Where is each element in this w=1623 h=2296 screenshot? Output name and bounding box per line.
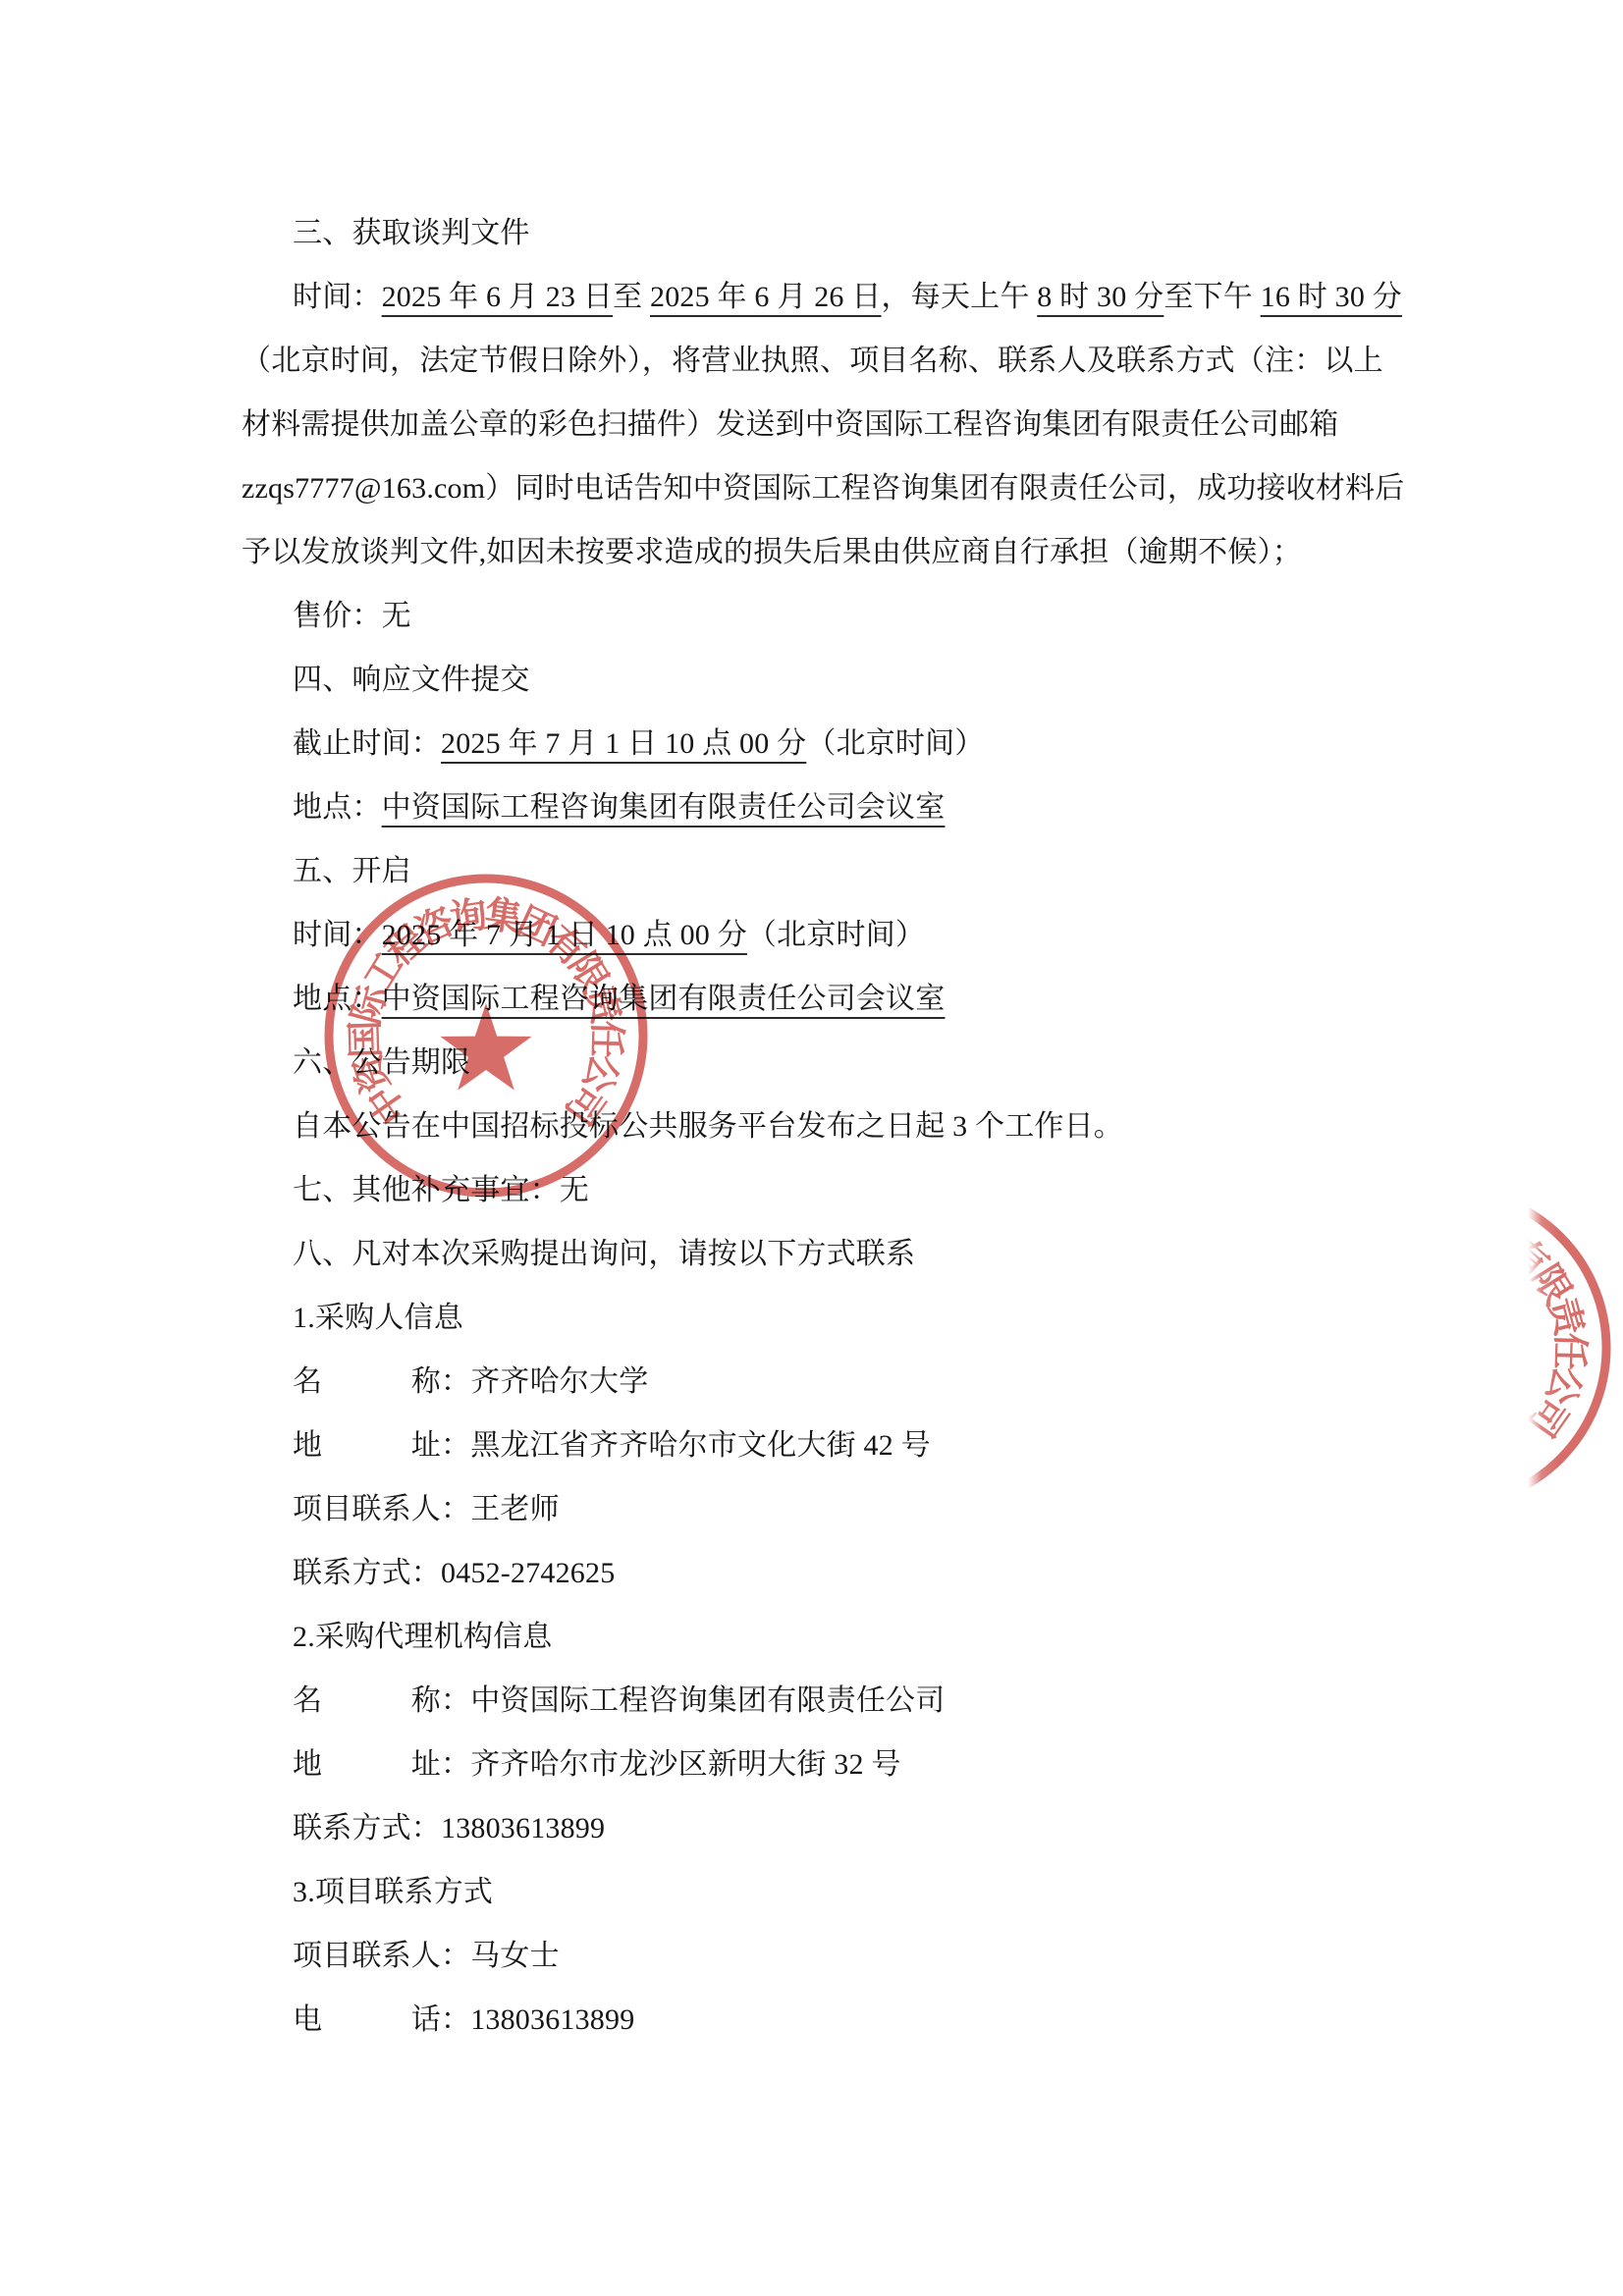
text-segment: 地点： bbox=[293, 791, 382, 824]
text-line: 地 址：齐齐哈尔市龙沙区新明大街 32 号 bbox=[242, 1733, 1405, 1796]
text-line: 八、凡对本次采购提出询问，请按以下方式联系 bbox=[242, 1222, 1405, 1286]
text-segment: ，每天上午 bbox=[882, 281, 1038, 313]
text-line: 名 称：中资国际工程咨询集团有限责任公司 bbox=[242, 1669, 1405, 1733]
text-segment: 三、获取谈判文件 bbox=[293, 217, 530, 249]
text-line: 联系方式：0452-2742625 bbox=[242, 1541, 1405, 1605]
text-segment: （北京时间） bbox=[806, 727, 984, 760]
text-segment: 名 称：齐齐哈尔大学 bbox=[293, 1365, 648, 1398]
text-segment: 联系方式：0452-2742625 bbox=[293, 1557, 615, 1589]
text-segment: 1.采购人信息 bbox=[293, 1302, 463, 1334]
text-segment: 六、公告期限 bbox=[293, 1046, 470, 1079]
text-line: 售价：无 bbox=[242, 584, 1405, 648]
text-line: 四、响应文件提交 bbox=[242, 648, 1405, 712]
text-line: 时间：2025 年 7 月 1 日 10 点 00 分（北京时间） bbox=[242, 903, 1405, 967]
text-line: 项目联系人：马女士 bbox=[242, 1924, 1405, 1988]
text-line: 地点：中资国际工程咨询集团有限责任公司会议室 bbox=[242, 775, 1405, 839]
text-segment: 至 bbox=[613, 281, 650, 313]
seal-character: 集 bbox=[1445, 1206, 1488, 1253]
text-line: 七、其他补充事宜：无 bbox=[242, 1158, 1405, 1222]
text-line: 电 话：13803613899 bbox=[242, 1988, 1405, 2052]
text-segment: 截止时间： bbox=[293, 727, 441, 760]
seal-star-icon bbox=[1403, 1315, 1494, 1403]
text-line: 名 称：齐齐哈尔大学 bbox=[242, 1350, 1405, 1414]
seal-character: 司 bbox=[1520, 1389, 1575, 1443]
text-line: 3.项目联系方式 bbox=[242, 1860, 1405, 1924]
underlined-text-segment: 8 时 30 分 bbox=[1037, 281, 1163, 313]
text-segment: 时间： bbox=[293, 919, 382, 951]
text-segment: 八、凡对本次采购提出询问，请按以下方式联系 bbox=[293, 1238, 915, 1270]
seal-character: 公 bbox=[1538, 1362, 1589, 1410]
text-line: 截止时间：2025 年 7 月 1 日 10 点 00 分（北京时间） bbox=[242, 712, 1405, 775]
underlined-text-segment: 2025 年 6 月 26 日 bbox=[650, 281, 882, 313]
text-segment: 地 址：齐齐哈尔市龙沙区新明大街 32 号 bbox=[293, 1748, 901, 1781]
text-line: zzqs7777@163.com）同时电话告知中资国际工程咨询集团有限责任公司，… bbox=[242, 456, 1405, 520]
text-segment: （北京时间，法定节假日除外），将营业执照、项目名称、联系人及联系方式（注：以上 bbox=[242, 345, 1383, 377]
text-segment: 项目联系人：王老师 bbox=[293, 1493, 560, 1525]
text-line: 三、获取谈判文件 bbox=[242, 201, 1405, 265]
text-segment: zzqs7777@163.com）同时电话告知中资国际工程咨询集团有限责任公司，… bbox=[242, 472, 1404, 505]
text-segment: 名 称：中资国际工程咨询集团有限责任公司 bbox=[293, 1684, 945, 1717]
text-line: 五、开启 bbox=[242, 839, 1405, 903]
underlined-text-segment: 2025 年 7 月 1 日 10 点 00 分 bbox=[382, 919, 747, 951]
text-segment: 地点： bbox=[293, 983, 382, 1015]
underlined-text-segment: 中资国际工程咨询集团有限责任公司会议室 bbox=[382, 983, 946, 1015]
text-segment: 至下午 bbox=[1163, 281, 1260, 313]
underlined-text-segment: 16 时 30 分 bbox=[1261, 281, 1402, 313]
text-line: 自本公告在中国招标投标公共服务平台发布之日起 3 个工作日。 bbox=[242, 1095, 1405, 1158]
text-segment: 予以发放谈判文件,如因未按要求造成的损失后果由供应商自行承担（逾期不候）； bbox=[242, 536, 1302, 568]
underlined-text-segment: 中资国际工程咨询集团有限责任公司会议室 bbox=[382, 791, 946, 824]
underlined-text-segment: 2025 年 6 月 23 日 bbox=[382, 281, 614, 313]
text-segment: 五、开启 bbox=[293, 855, 411, 887]
text-line: 地点：中资国际工程咨询集团有限责任公司会议室 bbox=[242, 967, 1405, 1031]
text-line: 材料需提供加盖公章的彩色扫描件）发送到中资国际工程咨询集团有限责任公司邮箱 bbox=[242, 393, 1405, 456]
underlined-text-segment: 2025 年 7 月 1 日 10 点 00 分 bbox=[441, 727, 806, 760]
text-segment: 地 址：黑龙江省齐齐哈尔市文化大街 42 号 bbox=[293, 1429, 931, 1462]
text-line: 六、公告期限 bbox=[242, 1031, 1405, 1095]
text-line: 项目联系人：王老师 bbox=[242, 1477, 1405, 1541]
document-page: 三、获取谈判文件时间：2025 年 6 月 23 日至 2025 年 6 月 2… bbox=[0, 0, 1623, 2296]
seal-character: 有 bbox=[1501, 1231, 1556, 1287]
document-body: 三、获取谈判文件时间：2025 年 6 月 23 日至 2025 年 6 月 2… bbox=[242, 201, 1405, 2052]
seal-character: 责 bbox=[1541, 1294, 1591, 1343]
text-segment: 联系方式：13803613899 bbox=[293, 1812, 605, 1844]
seal-character: 任 bbox=[1547, 1332, 1590, 1370]
seal-character: 团 bbox=[1474, 1212, 1525, 1265]
text-line: 地 址：黑龙江省齐齐哈尔市文化大街 42 号 bbox=[242, 1414, 1405, 1477]
text-line: （北京时间，法定节假日除外），将营业执照、项目名称、联系人及联系方式（注：以上 bbox=[242, 329, 1405, 393]
text-segment: 七、其他补充事宜：无 bbox=[293, 1174, 589, 1206]
text-segment: 材料需提供加盖公章的彩色扫描件）发送到中资国际工程咨询集团有限责任公司邮箱 bbox=[242, 408, 1338, 441]
text-segment: 3.项目联系方式 bbox=[293, 1876, 493, 1908]
text-line: 2.采购代理机构信息 bbox=[242, 1605, 1405, 1669]
text-segment: 项目联系人：马女士 bbox=[293, 1940, 560, 1972]
text-line: 1.采购人信息 bbox=[242, 1286, 1405, 1350]
text-line: 予以发放谈判文件,如因未按要求造成的损失后果由供应商自行承担（逾期不候）； bbox=[242, 520, 1405, 584]
text-segment: （北京时间） bbox=[747, 919, 925, 951]
text-line: 联系方式：13803613899 bbox=[242, 1796, 1405, 1860]
text-segment: 自本公告在中国招标投标公共服务平台发布之日起 3 个工作日。 bbox=[293, 1110, 1123, 1143]
text-segment: 2.采购代理机构信息 bbox=[293, 1621, 553, 1653]
seal-character: 限 bbox=[1524, 1258, 1579, 1311]
seal-character: 询 bbox=[1410, 1206, 1453, 1253]
text-segment: 时间： bbox=[293, 281, 382, 313]
text-line: 时间：2025 年 6 月 23 日至 2025 年 6 月 26 日，每天上午… bbox=[242, 265, 1405, 329]
text-segment: 售价：无 bbox=[293, 600, 411, 632]
text-segment: 四、响应文件提交 bbox=[293, 664, 530, 696]
text-segment: 电 话：13803613899 bbox=[293, 2003, 634, 2036]
